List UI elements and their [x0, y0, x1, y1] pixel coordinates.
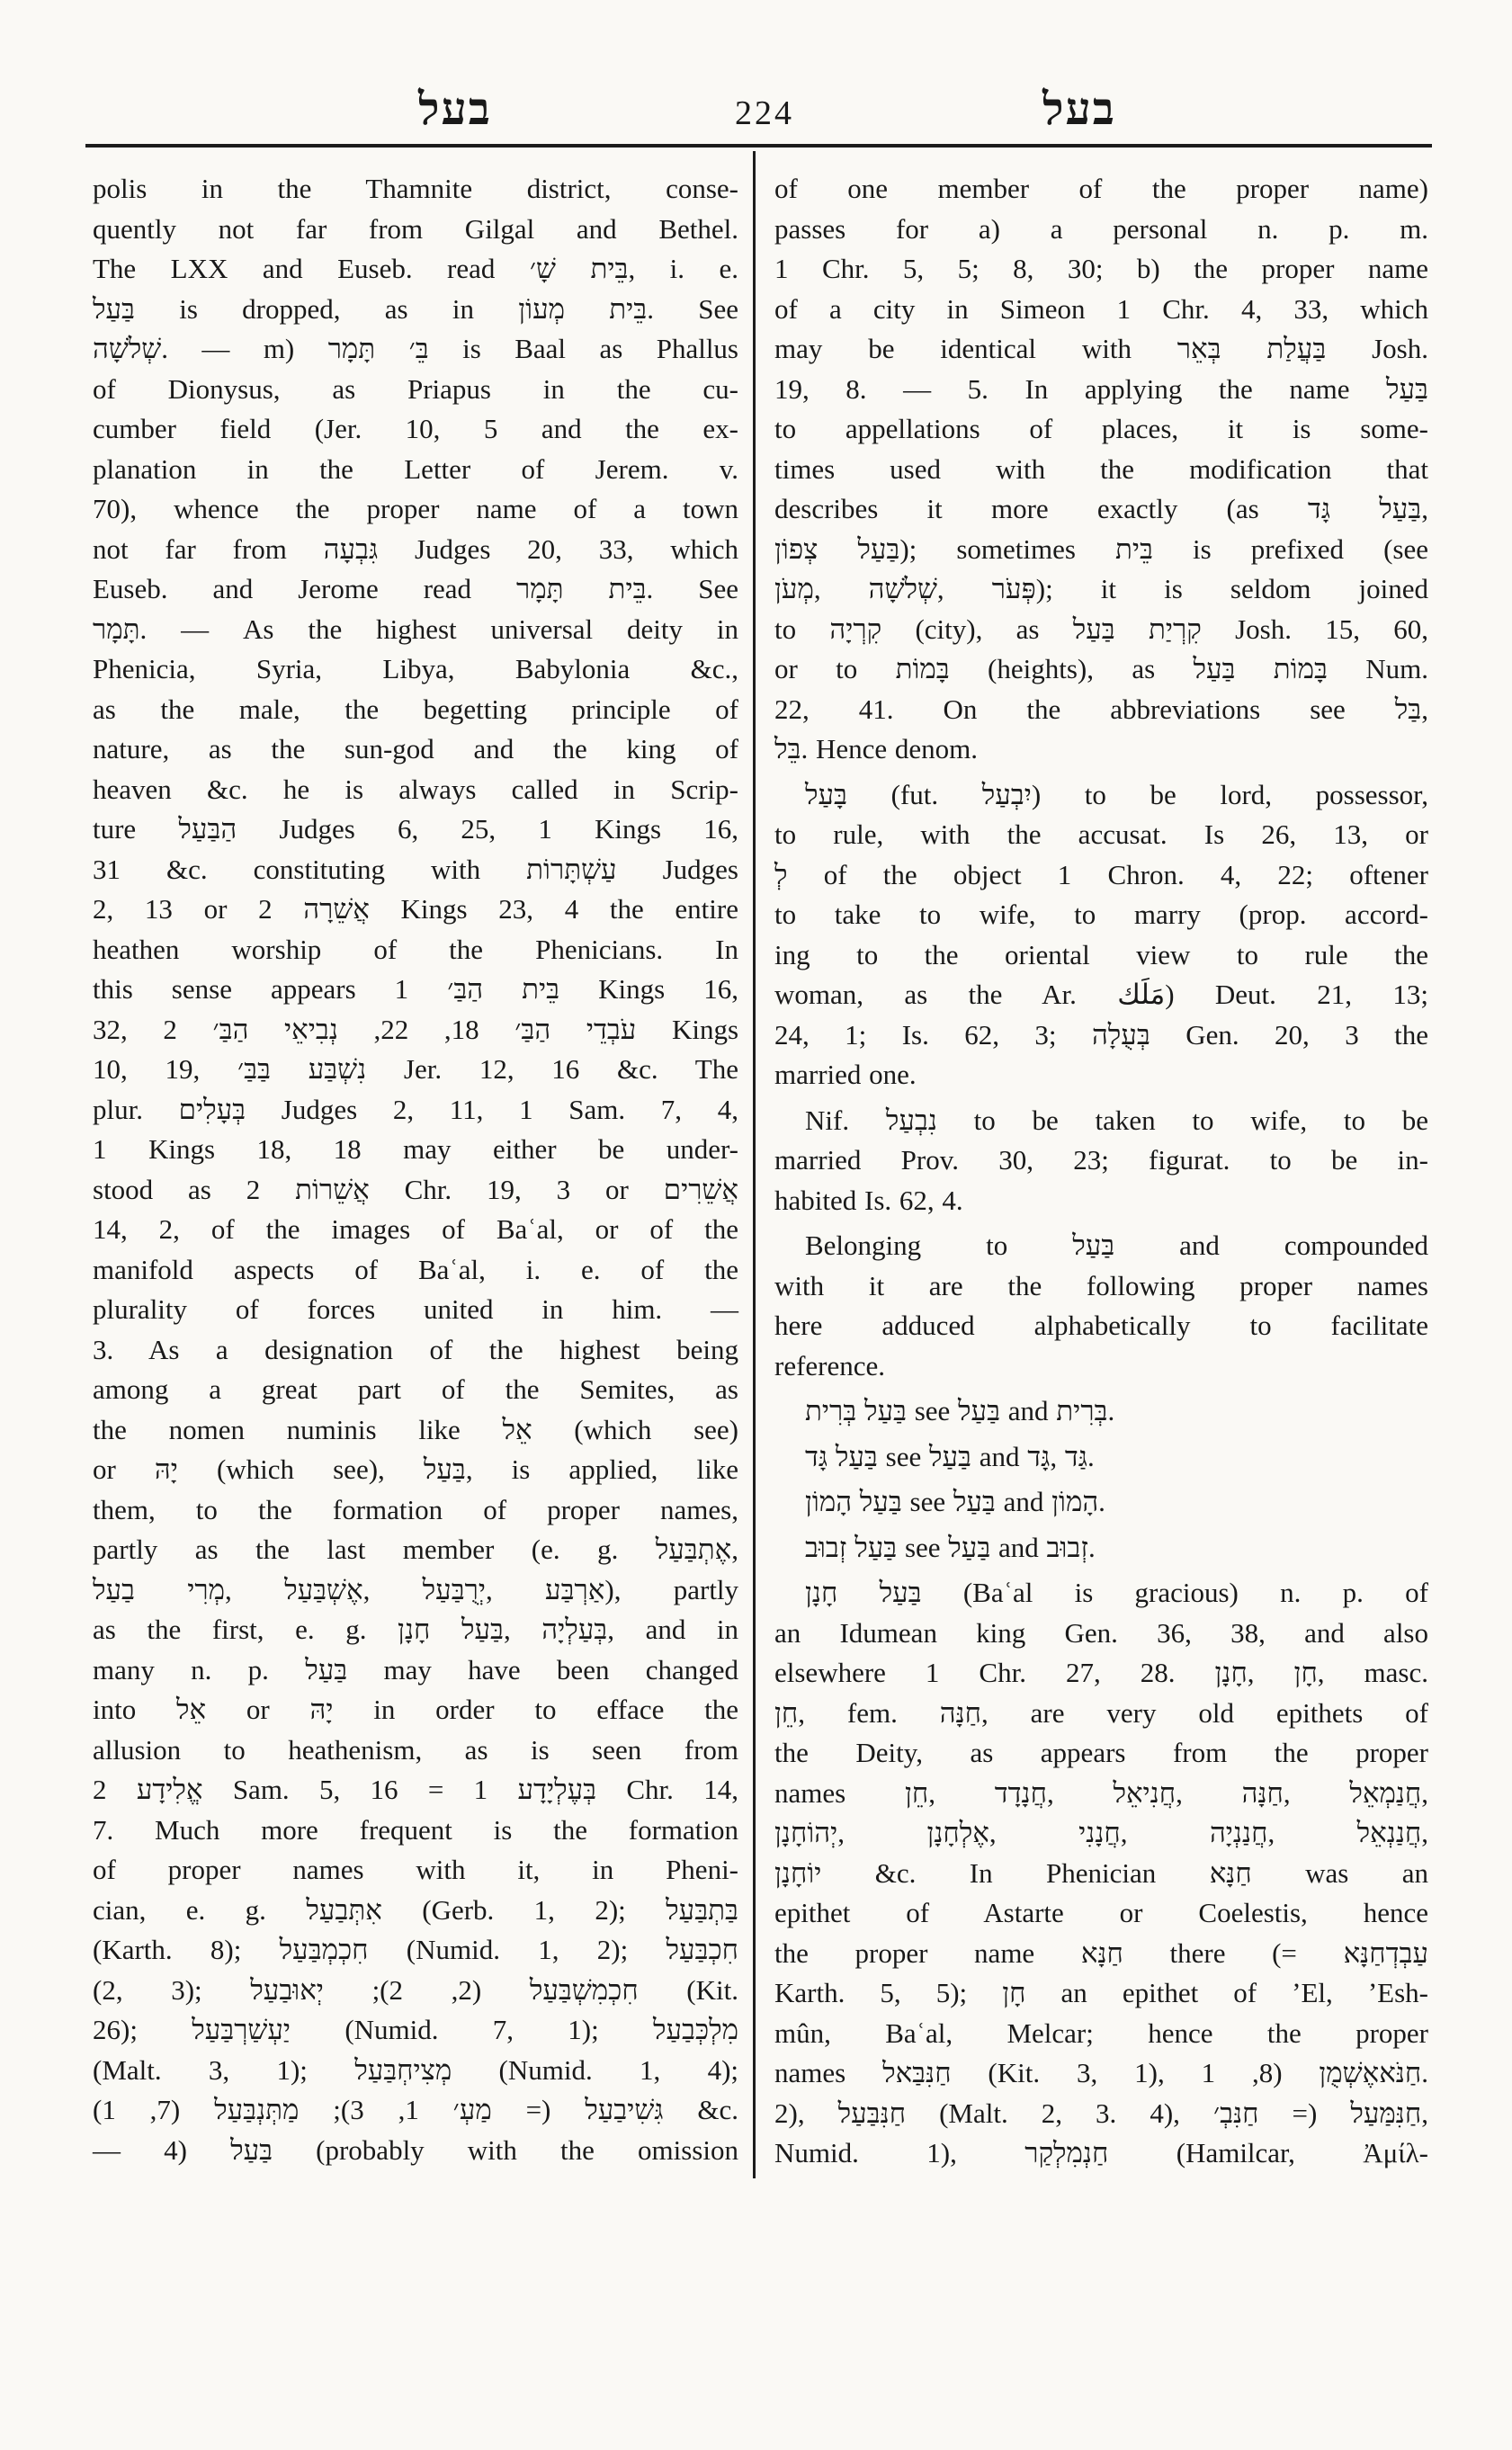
text-line: מְעֹן,‎ שְׁלֹשָׁה,‎ פְּעֹר); it is seldo…: [774, 569, 1428, 610]
text-line: 2), חַנִּבַּעַל (Malt. 2, 3. 4), חַנִּמַ…: [774, 2094, 1428, 2134]
text-line: nature, as the sun-god and the king of: [93, 729, 738, 770]
text-line: to rule, with the accusat. Is 26, 13, or: [774, 815, 1428, 855]
text-line: this sense appears בֵּית הַבַּ׳ 1 Kings …: [93, 970, 738, 1010]
lexicon-page: בעל 224 בעל polis in the Thamnite distri…: [0, 0, 1512, 2450]
text-line: heaven &c. he is always called in Scrip-: [93, 770, 738, 810]
text-line: of one member of the proper name): [774, 169, 1428, 210]
text-line: 19, 8. — 5. In applying the name בַּעַל: [774, 370, 1428, 410]
text-line: allusion to heathenism, as is seen from: [93, 1730, 738, 1771]
text-line: to take to wife, to marry (prop. accord-: [774, 895, 1428, 935]
text-line: times used with the modification that: [774, 450, 1428, 490]
text-line: may be identical with בַּעֲלַת בְּאֵר Jo…: [774, 329, 1428, 370]
text-line: cumber field (Jer. 10, 5 and the ex-: [93, 409, 738, 450]
text-line: יוֹחָנָן &c. In Phenician חַנָּא was an: [774, 1854, 1428, 1894]
text-line: partly as the last member (e. g. אֶתְבַּ…: [93, 1530, 738, 1570]
text-line: here adduced alphabetically to facilitat…: [774, 1306, 1428, 1346]
right-column: of one member of the proper name)passes …: [774, 169, 1428, 2174]
text-line: Karth. 5, 5); חָן an epithet of ʼEl, ʼEs…: [774, 1973, 1428, 2014]
text-line: woman, as the Ar. مَلَك) Deut. 21, 13;: [774, 975, 1428, 1015]
text-line: גִּשִׁיבַעַל (= מַעְ׳ 1, 3); מַתְּנְבַּע…: [93, 2090, 738, 2131]
text-line: (2, 3); חִכְמִשְׁבַּעַל (2, 2); יְאוּבַע…: [93, 1971, 738, 2011]
text-line: 3. As a designation of the highest being: [93, 1330, 738, 1371]
text-line: בַּעַל גָּד see בַּעַל and גָּד,‎ גַּד.: [774, 1437, 1428, 1478]
text-line: manifold aspects of Baʿal, i. e. of the: [93, 1250, 738, 1291]
text-line: as the first, e. g. בַּעַל חָנָן,‎ בְּעַ…: [93, 1610, 738, 1650]
text-line: The LXX and Euseb. read בֵּית שָׁ׳, i. e…: [93, 249, 738, 290]
text-line: 10, 19, נִשְׁבַּע בַּבַּ׳ Jer. 12, 16 &c…: [93, 1050, 738, 1090]
text-line: — 4) בַּעַל (probably with the omission: [93, 2131, 738, 2171]
text-line: cian, e. g. אִתְּבַעַל (Gerb. 1, 2); בַּ…: [93, 1891, 738, 1931]
text-line: בַּעַל הָמוֹן see בַּעַל and הָמוֹן.: [774, 1482, 1428, 1523]
text-line: mûn, Baʿal, Melcar; hence the proper: [774, 2014, 1428, 2054]
text-line: the proper name חַנָּא there (= עַבְדְחַ…: [774, 1934, 1428, 1974]
text-line: בַּעַל חָנָן (Baʿal is gracious) n. p. o…: [774, 1573, 1428, 1614]
text-line: בֵּל. Hence denom.: [774, 729, 1428, 770]
text-line: מְרִי בַעַל,‎ אֶשְׁבַּעַל,‎ יְרֻבַּעַל,‎…: [93, 1570, 738, 1611]
text-line: quently not far from Gilgal and Bethel.: [93, 210, 738, 250]
text-line: of Dionysus, as Priapus in the cu-: [93, 370, 738, 410]
column-divider: [753, 151, 756, 2178]
text-line: 1 Kings 18, 18 may either be under-: [93, 1130, 738, 1170]
header-keyword-right: בעל: [980, 83, 1178, 135]
text-line: 1 Chr. 5, 5; 8, 30; b) the proper name: [774, 249, 1428, 290]
text-line: or יָהּ (which see), בַּעַל, is applied,…: [93, 1450, 738, 1490]
text-line: Belonging to בַּעַל and compounded: [774, 1226, 1428, 1266]
text-line: לְ of the object 1 Chron. 4, 22; oftener: [774, 855, 1428, 896]
text-line: describes it more exactly (as בַּעַל גָּ…: [774, 489, 1428, 530]
text-line: בַּעַל is dropped, as in בֵּית מְעוֹן. S…: [93, 290, 738, 330]
text-line: Euseb. and Jerome read בֵּית תָּמָר. See: [93, 569, 738, 610]
text-line: חֵן, fem. חַנָּה, are very old epithets …: [774, 1694, 1428, 1734]
text-line: married Prov. 30, 23; figurat. to be in-: [774, 1140, 1428, 1181]
text-line: Numid. 1), חַנְמִלְקַר (Hamilcar, Ἀμίλ-: [774, 2133, 1428, 2174]
text-line: 26); יַעְשַׁרְבַּעַל (Numid. 7, 1); מִלְ…: [93, 2010, 738, 2051]
text-line: plur. בְּעָלִים Judges 2, 11, 1 Sam. 7, …: [93, 1090, 738, 1131]
text-line: or to בָּמוֹת (heights), as בָּמוֹת בַּע…: [774, 649, 1428, 690]
header-keyword-left: בעל: [356, 83, 554, 135]
text-line: of proper names with it, in Pheni-: [93, 1850, 738, 1891]
text-line: them, to the formation of proper names,: [93, 1490, 738, 1531]
text-line: (Karth. 8); חִכְמְבַּעַל (Numid. 1, 2); …: [93, 1930, 738, 1971]
text-line: many n. p. בַּעַל may have been changed: [93, 1650, 738, 1691]
text-line: not far from גִּבְעָה Judges 20, 33, whi…: [93, 530, 738, 570]
text-line: reference.: [774, 1346, 1428, 1387]
text-line: בַּעַל בְּרִית see בַּעַל and בְּרִית.: [774, 1391, 1428, 1432]
text-line: תָּמָר. — As the highest universal deity…: [93, 610, 738, 650]
text-line: into אֵל or יָהּ in order to efface the: [93, 1690, 738, 1730]
text-line: 14, 2, of the images of Baʿal, or of the: [93, 1210, 738, 1250]
text-line: elsewhere 1 Chr. 27, 28. חָנָן,‎ חָן, ma…: [774, 1653, 1428, 1694]
text-line: 70), whence the proper name of a town: [93, 489, 738, 530]
text-line: (Malt. 3, 1); מְצִיחְבַּעַל (Numid. 1, 4…: [93, 2051, 738, 2091]
text-line: plurality of forces united in him. —: [93, 1290, 738, 1330]
text-line: 24, 1; Is. 62, 3; בְּעֻלָה Gen. 20, 3 th…: [774, 1015, 1428, 1056]
text-line: Nif. נִבְעַל to be taken to wife, to be: [774, 1101, 1428, 1141]
page-number: 224: [697, 94, 832, 133]
text-line: among a great part of the Semites, as: [93, 1370, 738, 1410]
text-line: 31 &c. constituting with עַשְׁתָּרוֹת Ju…: [93, 850, 738, 890]
text-line: planation in the Letter of Jerem. v.: [93, 450, 738, 490]
text-line: of a city in Simeon 1 Chr. 4, 33, which: [774, 290, 1428, 330]
text-line: to appellations of places, it is some-: [774, 409, 1428, 450]
text-line: with it are the following proper names: [774, 1266, 1428, 1307]
text-line: passes for a) a personal n. p. m.: [774, 210, 1428, 250]
text-line: polis in the Thamnite district, conse-: [93, 169, 738, 210]
text-line: names חַנִּבַּאל (Kit. 3, 1), חַנֹּאאֶשְ…: [774, 2053, 1428, 2094]
text-line: married one.: [774, 1055, 1428, 1095]
text-line: as the male, the begetting principle of: [93, 690, 738, 730]
text-line: ing to the oriental view to rule the: [774, 935, 1428, 976]
text-line: names חֵן,‎ חֲנָדָד,‎ חֲנִיאֵל,‎ חַנָּה,…: [774, 1774, 1428, 1814]
header-rule: [85, 144, 1432, 148]
text-line: epithet of Astarte or Coelestis, hence: [774, 1893, 1428, 1934]
text-line: 2, 13 or אֲשֵׁרָה 2 Kings 23, 4 the enti…: [93, 890, 738, 930]
text-line: שְׁלֹשָׁה. — m) בֵּ׳ תָּמָר is Baal as P…: [93, 329, 738, 370]
text-line: heathen worship of the Phenicians. In: [93, 930, 738, 970]
text-line: an Idumean king Gen. 36, 38, and also: [774, 1614, 1428, 1654]
text-line: 22, 41. On the abbreviations see בַּל,: [774, 690, 1428, 730]
text-line: habited Is. 62, 4.: [774, 1181, 1428, 1221]
text-line: the nomen numinis like אֵל (which see): [93, 1410, 738, 1451]
left-column: polis in the Thamnite district, conse-qu…: [93, 169, 738, 2170]
text-line: ture הַבַּעַל Judges 6, 25, 1 Kings 16,: [93, 809, 738, 850]
text-line: stood as אֲשֵׁרוֹת 2 Chr. 19, 3 or אֲשֵׁ…: [93, 1170, 738, 1211]
text-line: בָּעַל (fut. יִבְעַל) to be lord, posses…: [774, 775, 1428, 816]
text-line: 32, עֹבְדֵי הַבַּ׳ 18, 22, נְבִיאֵי הַבַ…: [93, 1010, 738, 1051]
text-line: Phenicia, Syria, Libya, Babylonia &c.,: [93, 649, 738, 690]
text-line: the Deity, as appears from the proper: [774, 1733, 1428, 1774]
text-line: בַּעַל צְפוֹן); sometimes בֵּית is prefi…: [774, 530, 1428, 570]
text-line: to קִרְיָה (city), as קִרְיַת בַּעַל Jos…: [774, 610, 1428, 650]
text-line: בַּעַל זְבוּב see בַּעַל and זְבוּב.: [774, 1528, 1428, 1569]
text-line: יְהוֹחָנָן,‎ אֶלְחָנָן,‎ חֲנָנִי,‎ חֲנַנ…: [774, 1813, 1428, 1854]
text-line: 7. Much more frequent is the formation: [93, 1811, 738, 1851]
text-line: אֱלִידָע 2 Sam. 5, 16 = בְּעֶלְיָדָע 1 C…: [93, 1770, 738, 1811]
